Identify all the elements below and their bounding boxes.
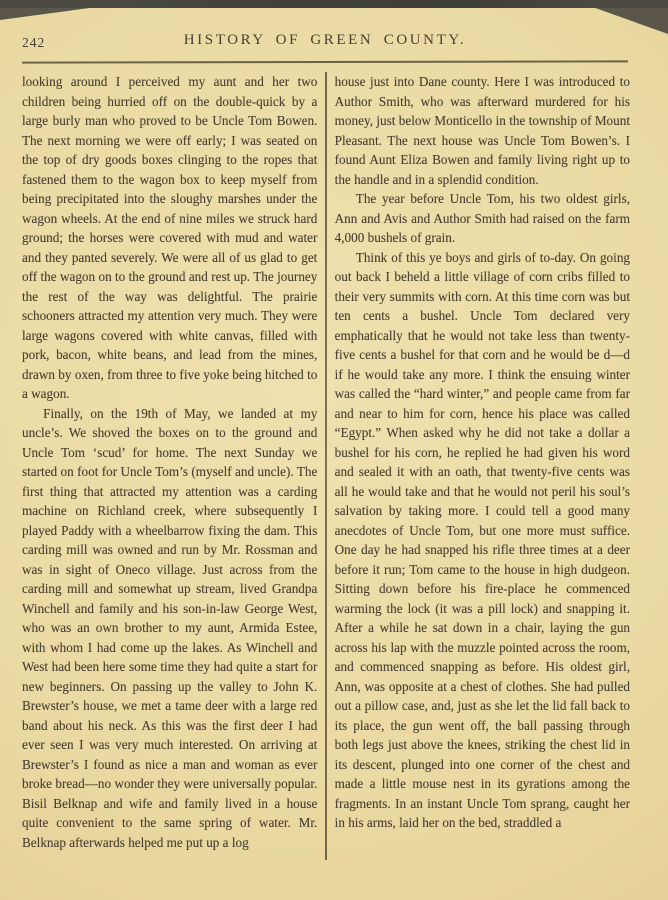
scanned-book-page: 242 HISTORY OF GREEN COUNTY. looking aro… bbox=[0, 0, 668, 900]
paragraph: house just into Dane county. Here I was … bbox=[335, 72, 630, 189]
paragraph: Finally, on the 19th of May, we landed a… bbox=[22, 404, 317, 853]
page-header: 242 HISTORY OF GREEN COUNTY. bbox=[22, 32, 628, 54]
scan-corner-top-left bbox=[0, 0, 150, 20]
page-number: 242 bbox=[22, 35, 45, 51]
text-block: looking around I perceived my aunt and h… bbox=[22, 72, 630, 880]
column-divider bbox=[325, 72, 326, 860]
header-rule bbox=[22, 60, 628, 63]
paragraph: looking around I perceived my aunt and h… bbox=[22, 72, 317, 404]
right-column: house just into Dane county. Here I was … bbox=[335, 72, 630, 880]
scan-corner-top-right bbox=[573, 0, 668, 34]
paragraph: Think of this ye boys and girls of to-da… bbox=[335, 248, 630, 833]
running-title: HISTORY OF GREEN COUNTY. bbox=[22, 32, 628, 49]
left-column: looking around I perceived my aunt and h… bbox=[22, 72, 317, 880]
paragraph: The year before Uncle Tom, his two oldes… bbox=[335, 189, 630, 248]
